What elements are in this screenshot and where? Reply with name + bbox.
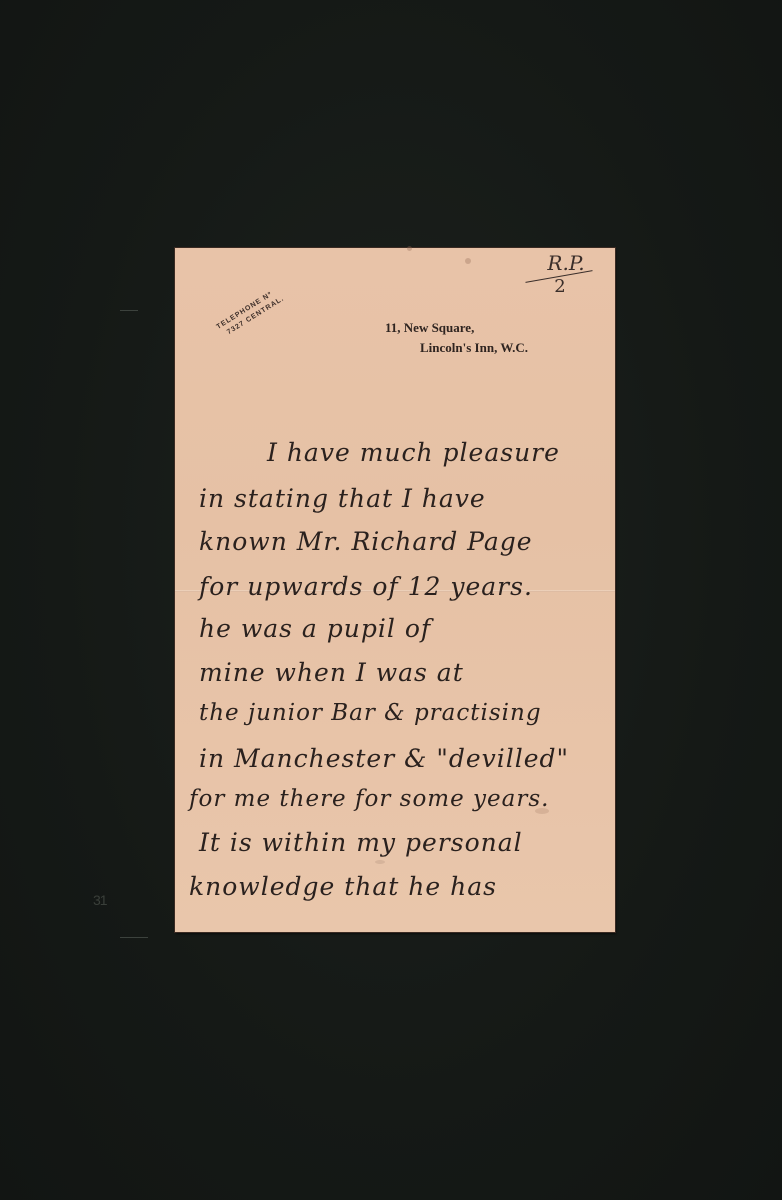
mount-line [120, 310, 138, 311]
handwritten-line: It is within my personal [199, 828, 523, 857]
handwritten-line: knowledge that he has [189, 872, 497, 901]
paper-spot [407, 246, 412, 251]
mount-line [120, 937, 148, 938]
paper-stain [535, 808, 549, 814]
handwritten-line: for me there for some years. [189, 786, 549, 812]
handwritten-line: he was a pupil of [199, 614, 431, 643]
archive-reference: R.P. 2 [525, 252, 595, 297]
telephone-stamp: TELEPHONE Nº 7327 CENTRAL. [215, 286, 287, 341]
paper-spot [465, 258, 471, 264]
handwritten-line: mine when I was at [199, 658, 464, 687]
handwritten-line: known Mr. Richard Page [199, 527, 533, 556]
handwritten-line: in Manchester & "devilled" [199, 744, 569, 773]
address-line-1: 11, New Square, [385, 318, 528, 338]
handwritten-line: I have much pleasure [267, 438, 560, 467]
handwritten-line: in stating that I have [199, 484, 486, 513]
paper-stain [375, 860, 385, 864]
mount-mark: 31 [93, 892, 107, 908]
letter-page: R.P. 2 TELEPHONE Nº 7327 CENTRAL. 11, Ne… [175, 248, 615, 932]
letterhead-address: 11, New Square, Lincoln's Inn, W.C. [385, 318, 528, 358]
address-line-2: Lincoln's Inn, W.C. [385, 338, 528, 358]
handwritten-line: the junior Bar & practising [199, 700, 542, 726]
handwritten-line: for upwards of 12 years. [199, 572, 533, 601]
